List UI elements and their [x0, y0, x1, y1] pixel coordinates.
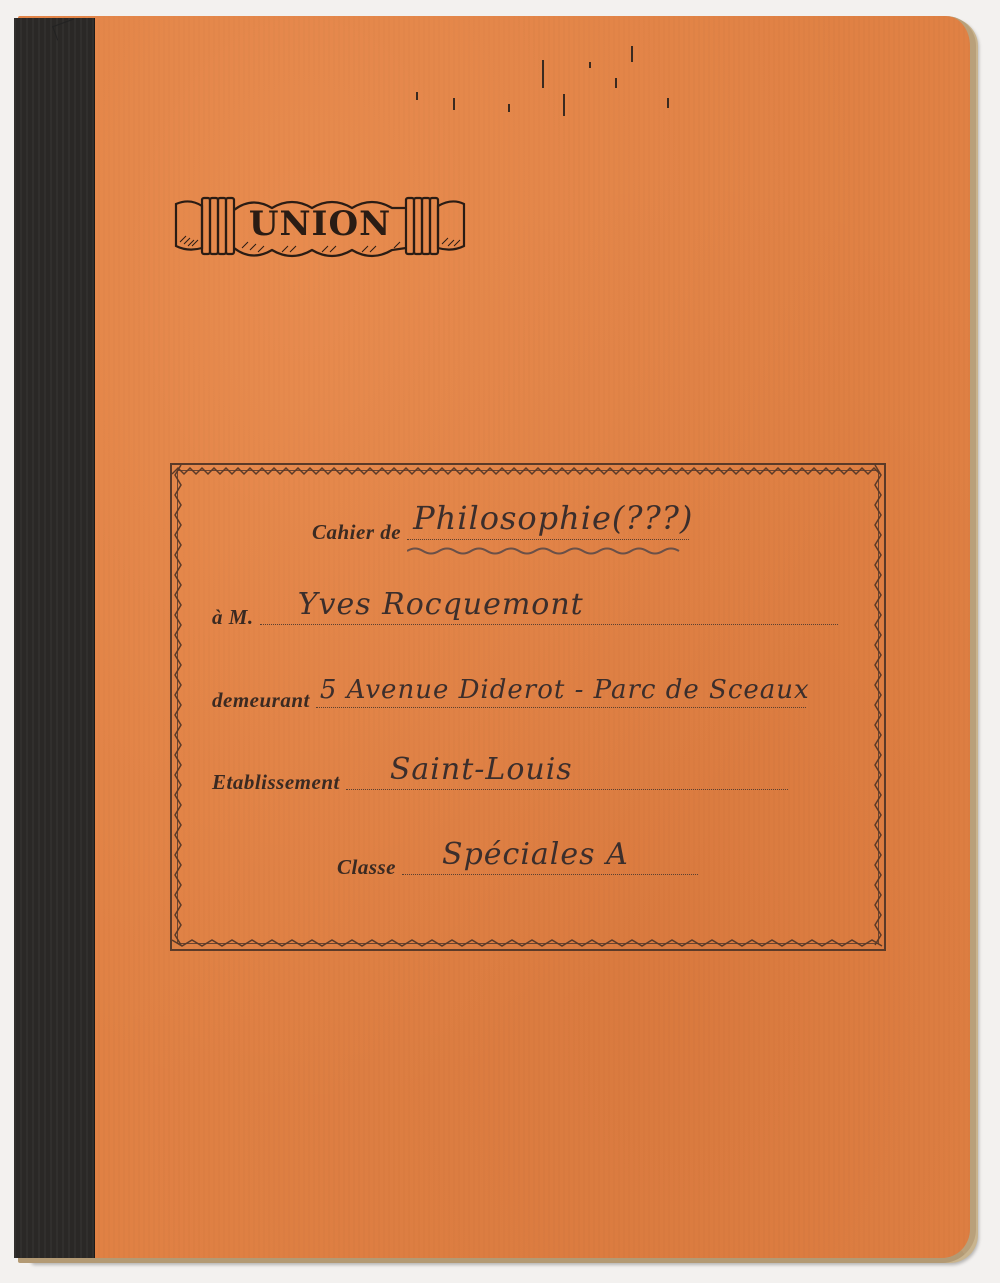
subject-value: Philosophie(???) — [413, 499, 693, 537]
cloth-spine — [14, 18, 95, 1258]
school-line: Saint-Louis — [346, 788, 788, 790]
owner-line: Yves Rocquemont — [260, 623, 838, 625]
address-value: 5 Avenue Diderot - Parc de Sceaux — [320, 675, 810, 705]
punch-mark — [667, 98, 669, 108]
punch-mark — [563, 94, 565, 116]
field-school: Etablissement Saint-Louis — [212, 770, 788, 795]
zigzag-border-bottom — [172, 938, 884, 948]
punch-mark — [508, 104, 510, 112]
field-owner: à M. Yves Rocquemont — [212, 605, 838, 630]
brand-name: UNION — [234, 204, 406, 244]
punch-mark — [615, 78, 617, 88]
punch-mark — [453, 98, 455, 110]
school-value: Saint-Louis — [390, 752, 573, 787]
field-class: Classe Spéciales A — [337, 855, 698, 880]
address-label: demeurant — [212, 688, 310, 713]
subject-line: Philosophie(???) — [407, 538, 689, 540]
brand-logo: UNION — [172, 190, 468, 262]
class-line: Spéciales A — [402, 873, 698, 875]
class-label: Classe — [337, 855, 396, 880]
punch-mark — [416, 92, 418, 100]
zigzag-border-left — [173, 465, 183, 949]
class-value: Spéciales A — [442, 837, 629, 872]
punch-mark — [589, 62, 591, 68]
field-subject: Cahier de Philosophie(???) — [312, 520, 689, 545]
owner-label: à M. — [212, 605, 254, 630]
subject-label: Cahier de — [312, 520, 401, 545]
punch-mark — [631, 46, 633, 62]
field-address: demeurant 5 Avenue Diderot - Parc de Sce… — [212, 688, 806, 713]
zigzag-border-right — [873, 465, 883, 949]
punch-mark — [542, 60, 544, 88]
address-line: 5 Avenue Diderot - Parc de Sceaux — [316, 706, 806, 708]
wavy-underline — [407, 546, 682, 556]
loose-thread — [52, 19, 79, 41]
school-label: Etablissement — [212, 770, 340, 795]
zigzag-border-top — [172, 466, 884, 476]
owner-value: Yves Rocquemont — [298, 587, 584, 622]
